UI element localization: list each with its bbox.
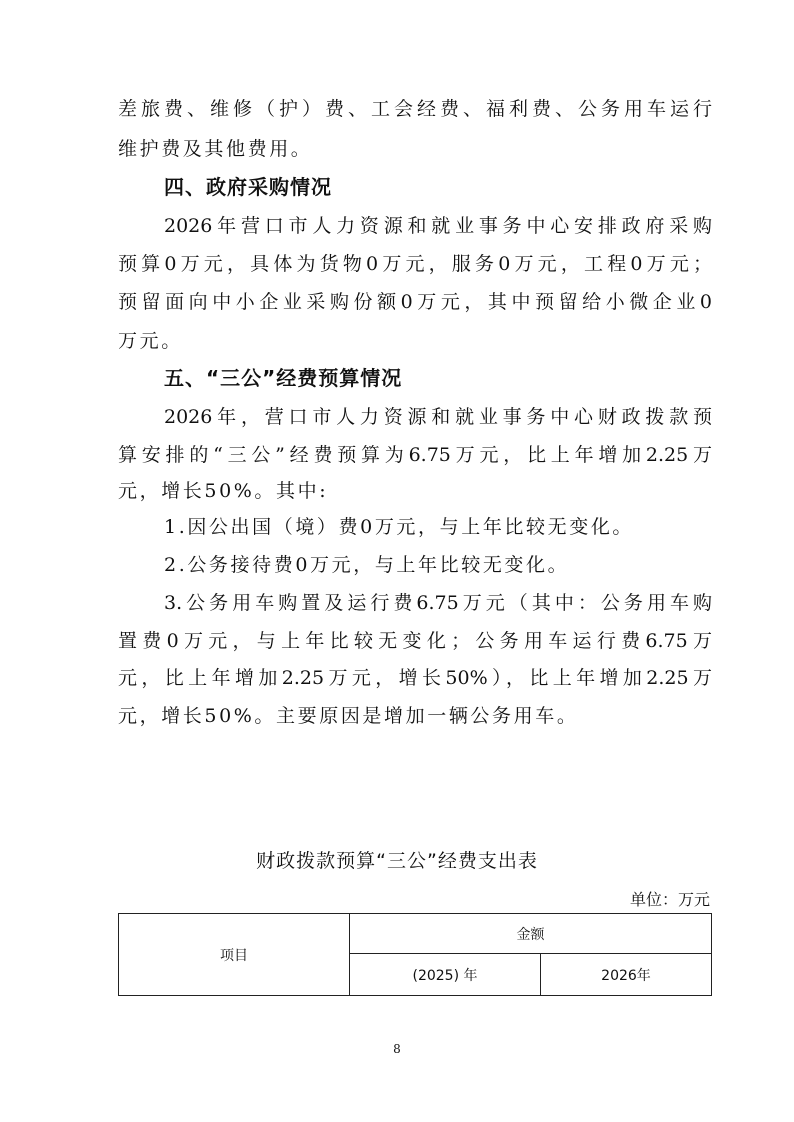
table-unit-label: 单位：万元	[630, 887, 710, 910]
paragraph-line: 算安排的“三公”经费预算为6.75万元，比上年增加2.25万	[118, 443, 712, 467]
paragraph-line: 2026年营口市人力资源和就业事务中心安排政府采购	[164, 214, 712, 238]
header-prev-year: (2025) 年	[350, 954, 541, 996]
sangong-budget-table: 项目 金额 (2025) 年 2026年	[118, 913, 712, 996]
paragraph-line: 预留面向中小企业采购份额0万元，其中预留给小微企业0	[118, 290, 712, 314]
section-heading-procurement: 四、政府采购情况	[164, 175, 332, 199]
header-curr-year: 2026年	[541, 954, 712, 996]
paragraph-line: 差旅费、维修（护）费、工会经费、福利费、公务用车运行	[118, 97, 712, 121]
paragraph-line: 万元。	[118, 329, 712, 353]
page-number: 8	[0, 1042, 794, 1056]
table-title: 财政拨款预算“三公”经费支出表	[0, 846, 794, 873]
paragraph-line: 置费0万元，与上年比较无变化；公务用车运行费6.75万	[118, 629, 712, 653]
header-item: 项目	[119, 914, 350, 996]
list-item: 3.公务用车购置及运行费6.75万元（其中：公务用车购	[164, 591, 712, 615]
section-heading-sangong: 五、“三公”经费预算情况	[164, 366, 402, 390]
header-amount: 金额	[350, 914, 712, 954]
paragraph-line: 预算0万元，具体为货物0万元，服务0万元，工程0万元；	[118, 252, 712, 276]
paragraph-line: 元，增长50%。其中:	[118, 479, 712, 503]
list-item: 2.公务接待费0万元，与上年比较无变化。	[164, 553, 712, 577]
paragraph-line: 2026年，营口市人力资源和就业事务中心财政拨款预	[164, 405, 712, 429]
paragraph-line: 元，比上年增加2.25万元，增长50%），比上年增加2.25万	[118, 666, 712, 690]
paragraph-line: 维护费及其他费用。	[118, 137, 712, 161]
paragraph-line: 元，增长50%。主要原因是增加一辆公务用车。	[118, 704, 712, 728]
list-item: 1.因公出国（境）费0万元，与上年比较无变化。	[164, 515, 712, 539]
